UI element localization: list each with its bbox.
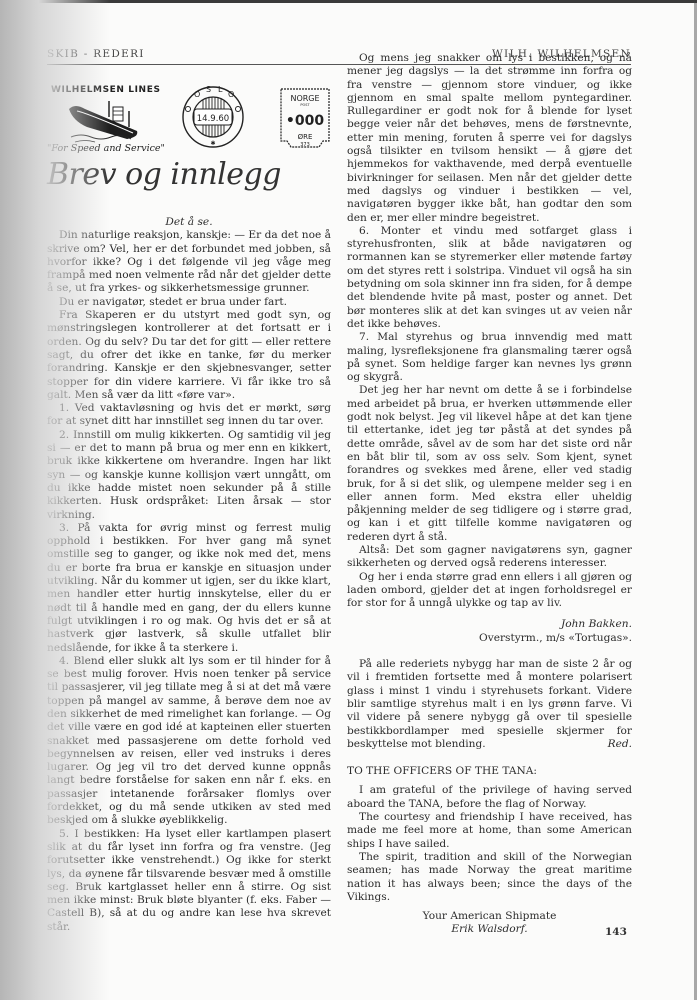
- page-number: 143: [605, 926, 627, 938]
- paragraph: 7. Mal styrehus og brua innvendig med ma…: [347, 331, 632, 384]
- svg-text:L: L: [218, 85, 223, 94]
- paragraph: 1. Ved vaktavløsning og hvis det er mørk…: [47, 402, 331, 429]
- ship-icon: [67, 97, 147, 145]
- editor-note: På alle rederiets nybygg har man de sist…: [347, 658, 632, 751]
- editor-note-text: På alle rederiets nybygg har man de sist…: [347, 658, 632, 750]
- paragraph: The courtesy and friendship I have recei…: [347, 811, 632, 851]
- paragraph: Din naturlige reaksjon, kanskje: — Er da…: [47, 229, 331, 295]
- paragraph: Fra Skaperen er du utstyrt med godt syn,…: [47, 309, 331, 402]
- article-subhead: Det å se.: [47, 216, 331, 229]
- signature-role: Overstyrm., m/s «Tortugas».: [347, 632, 632, 645]
- wilhelmsen-logo: WILHELMSEN LINES "For Speed and Service": [45, 85, 165, 160]
- svg-text:POST: POST: [300, 103, 310, 107]
- paragraph: Og mens jeg snakker om lys i bestikken, …: [347, 52, 632, 225]
- svg-text:S: S: [206, 85, 211, 94]
- svg-text:NORGE: NORGE: [290, 94, 319, 103]
- svg-text:14.9.60: 14.9.60: [197, 114, 229, 124]
- svg-text:ØRE: ØRE: [298, 133, 313, 141]
- paragraph: Det jeg her har nevnt om dette å se i fo…: [347, 384, 632, 544]
- paragraph: Du er navigatør, stedet er brua under fa…: [47, 296, 331, 309]
- paragraph: 5. I bestikken: Ha lyset eller kartlampe…: [47, 828, 331, 934]
- paragraph: 2. Innstill om mulig kikkerten. Og samti…: [47, 429, 331, 522]
- logo-tagline: "For Speed and Service": [47, 143, 165, 154]
- svg-text:•000: •000: [286, 113, 324, 129]
- editor-signature: Red.: [596, 738, 632, 751]
- right-column: Og mens jeg snakker om lys i bestikken, …: [347, 52, 632, 937]
- letter-signature: Erik Walsdorf.: [347, 923, 632, 936]
- logo-brand: WILHELMSEN LINES: [51, 85, 161, 95]
- paragraph: 6. Monter et vindu med sotfarget glass i…: [347, 225, 632, 331]
- left-column: Det å se. Din naturlige reaksjon, kanskj…: [47, 216, 331, 934]
- norge-meter-stamp: NORGE POST •000 ØRE 373: [279, 87, 331, 153]
- paragraph: Og her i enda større grad enn ellers i a…: [347, 571, 632, 611]
- paragraph: 4. Blend eller slukk alt lys som er til …: [47, 655, 331, 828]
- svg-text:373: 373: [300, 142, 310, 148]
- paragraph: The spirit, tradition and skill of the N…: [347, 851, 632, 904]
- paragraph: Altså: Det som gagner navigatørens syn, …: [347, 544, 632, 571]
- letter-closing: Your American Shipmate: [347, 910, 632, 923]
- svg-text:O: O: [228, 90, 234, 99]
- oslo-postmark: 14.9.60 O S L O ✱: [180, 84, 246, 152]
- svg-text:✱: ✱: [210, 140, 215, 147]
- english-letter-heading: TO THE OFFICERS OF THE TANA:: [347, 765, 632, 778]
- paragraph: 3. På vakta for øvrig minst og ferrest m…: [47, 522, 331, 655]
- signature-name: John Bakken.: [347, 618, 632, 631]
- svg-text:O: O: [194, 90, 200, 99]
- paragraph: I am grateful of the privilege of having…: [347, 784, 632, 811]
- section-title: Brev og innlegg: [47, 157, 281, 192]
- header-section: SKIB - REDERI: [47, 48, 145, 60]
- page-top-edge: [0, 0, 697, 3]
